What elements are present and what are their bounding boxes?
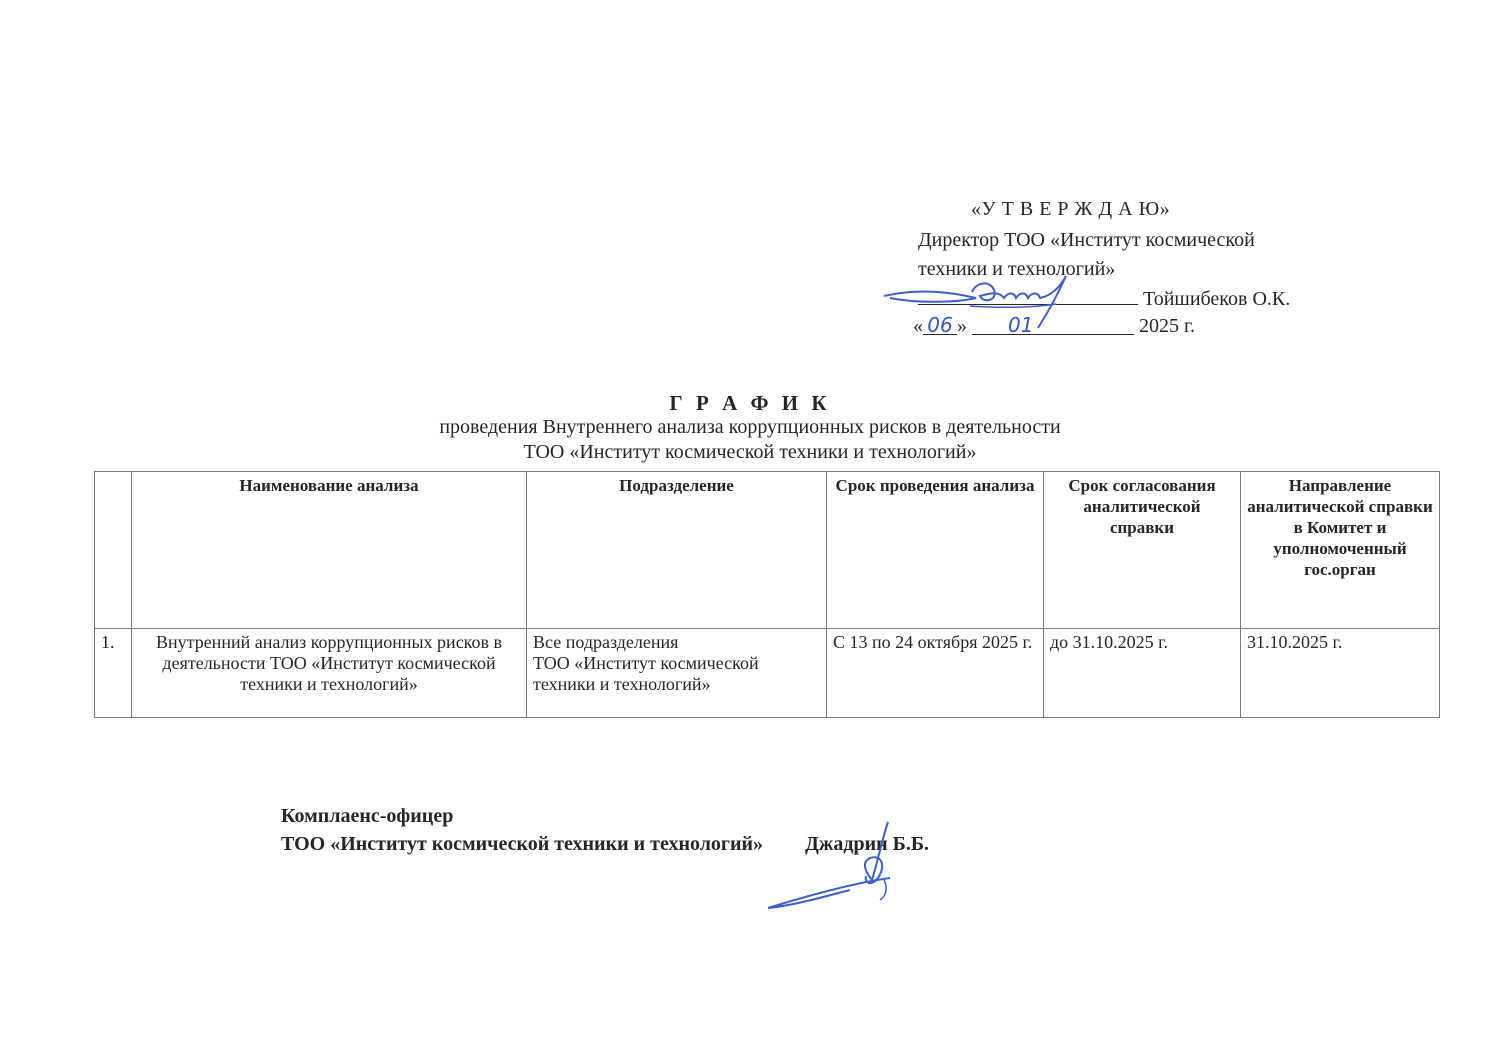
footer-org-line: ТОО «Институт космической техники и техн… xyxy=(281,830,929,858)
date-open-quote: « xyxy=(913,315,923,337)
footer-name: Джадрин Б.Б. xyxy=(805,833,929,855)
header-submission: Направление аналитической справки в Коми… xyxy=(1241,472,1440,629)
approver-name: Тойшибеков О.К. xyxy=(1143,288,1290,310)
approval-date-line: «06» 01 2025 г. xyxy=(913,314,1195,338)
table-row: 1. Внутренний анализ коррупционных риско… xyxy=(95,629,1440,718)
header-analysis-period: Срок проведения анализа xyxy=(827,472,1044,629)
row-submission-date: 31.10.2025 г. xyxy=(1241,629,1440,718)
date-close-quote: » xyxy=(957,315,967,337)
signature-underline xyxy=(918,286,1138,305)
row-approval-deadline: до 31.10.2025 г. xyxy=(1044,629,1241,718)
row-department: Все подразделения ТОО «Институт космичес… xyxy=(527,629,827,718)
footer-position: Комплаенс-офицер xyxy=(281,802,929,830)
date-day: 06 xyxy=(923,316,957,335)
date-month-value: 01 xyxy=(1008,313,1033,337)
document-title: Г Р А Ф И К проведения Внутреннего анали… xyxy=(0,391,1500,465)
table-header-row: Наименование анализа Подразделение Срок … xyxy=(95,472,1440,629)
header-number xyxy=(95,472,132,629)
title-heading: Г Р А Ф И К xyxy=(0,391,1500,415)
date-month: 01 xyxy=(972,316,1134,335)
title-subtitle-line1: проведения Внутреннего анализа коррупцио… xyxy=(0,415,1500,440)
row-analysis-name: Внутренний анализ коррупционных рисков в… xyxy=(132,629,527,718)
approver-signature-line: Тойшибеков О.К. xyxy=(918,286,1290,311)
header-department: Подразделение xyxy=(527,472,827,629)
row-analysis-period: С 13 по 24 октября 2025 г. xyxy=(827,629,1044,718)
row-number: 1. xyxy=(95,629,132,718)
approver-position-line1: Директор ТОО «Институт космической xyxy=(918,228,1255,252)
header-approval-deadline: Срок согласования аналитической справки xyxy=(1044,472,1241,629)
footer-organization: ТОО «Институт космической техники и техн… xyxy=(281,833,763,855)
title-subtitle-line2: ТОО «Институт космической техники и техн… xyxy=(0,440,1500,465)
approver-position-line2: техники и технологий» xyxy=(918,257,1115,281)
row-department-line1: Все подразделения xyxy=(533,632,820,653)
row-department-line2: ТОО «Институт космической техники и техн… xyxy=(533,653,820,695)
approval-stamp: «У Т В Е Р Ж Д А Ю» xyxy=(971,197,1170,221)
schedule-table: Наименование анализа Подразделение Срок … xyxy=(94,471,1440,718)
date-year: 2025 г. xyxy=(1139,315,1195,337)
footer-signature-block: Комплаенс-офицер ТОО «Институт космическ… xyxy=(281,802,929,858)
header-analysis-name: Наименование анализа xyxy=(132,472,527,629)
